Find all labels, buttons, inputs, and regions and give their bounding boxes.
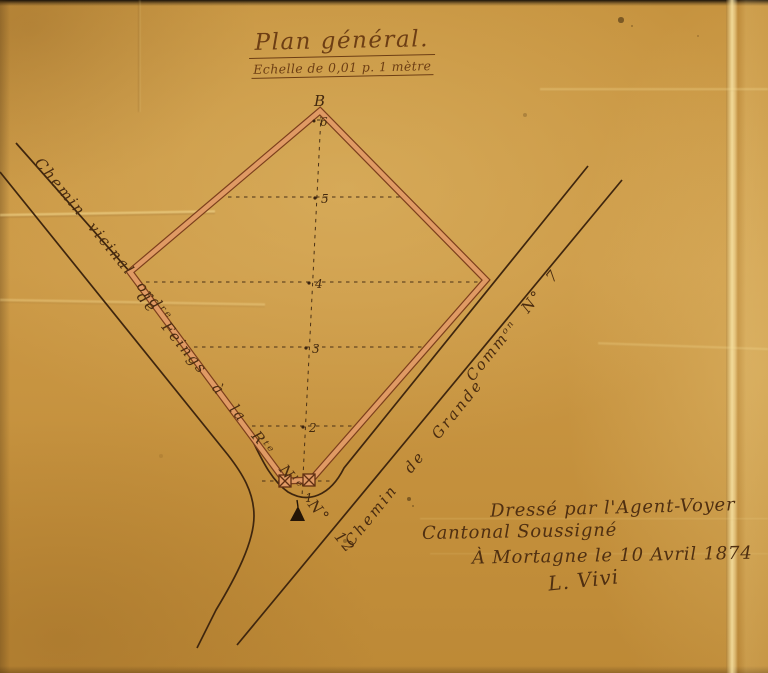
signature: L. Vivi (547, 564, 620, 595)
survey-marker-stem (297, 500, 298, 507)
station-dots (301, 120, 316, 429)
title-block: Plan général. Echelle de 0,01 p. 1 mètre (222, 25, 463, 79)
right-road-label-2: Commᵒⁿ N° 7 (462, 266, 563, 385)
attestation-line-3: À Mortagne le 10 Avril 1874 (472, 542, 768, 568)
plan-document: B 6 5 4 3 2 1 Chemin vicinal ordʳᵉ de Fe… (0, 0, 768, 673)
survey-marker-flag (290, 506, 305, 521)
centerline-dashed (302, 115, 321, 497)
left-road-outer-edge (0, 172, 254, 648)
left-road-inner-edge (16, 143, 588, 497)
station-dot (304, 346, 307, 349)
station-label-6: 6 (320, 115, 328, 129)
attestation-block: Dressé par l'Agent-Voyer Cantonal Soussi… (420, 497, 768, 592)
left-road-label-2: de Feings à la Rᵗᵉ Nˡᵉ N° 12 (133, 288, 359, 557)
station-label-5: 5 (321, 192, 329, 206)
plan-title: Plan général. (248, 26, 435, 59)
station-label-4: 4 (314, 277, 323, 291)
station-label-3: 3 (312, 342, 320, 356)
attestation-line-2: Cantonal Soussigné (422, 517, 768, 544)
station-dot (307, 281, 310, 284)
vertex-label-B: B (313, 92, 325, 110)
station-dot (301, 425, 304, 428)
station-label-2: 2 (308, 421, 317, 435)
station-dot (313, 196, 316, 199)
station-dot (313, 120, 316, 123)
